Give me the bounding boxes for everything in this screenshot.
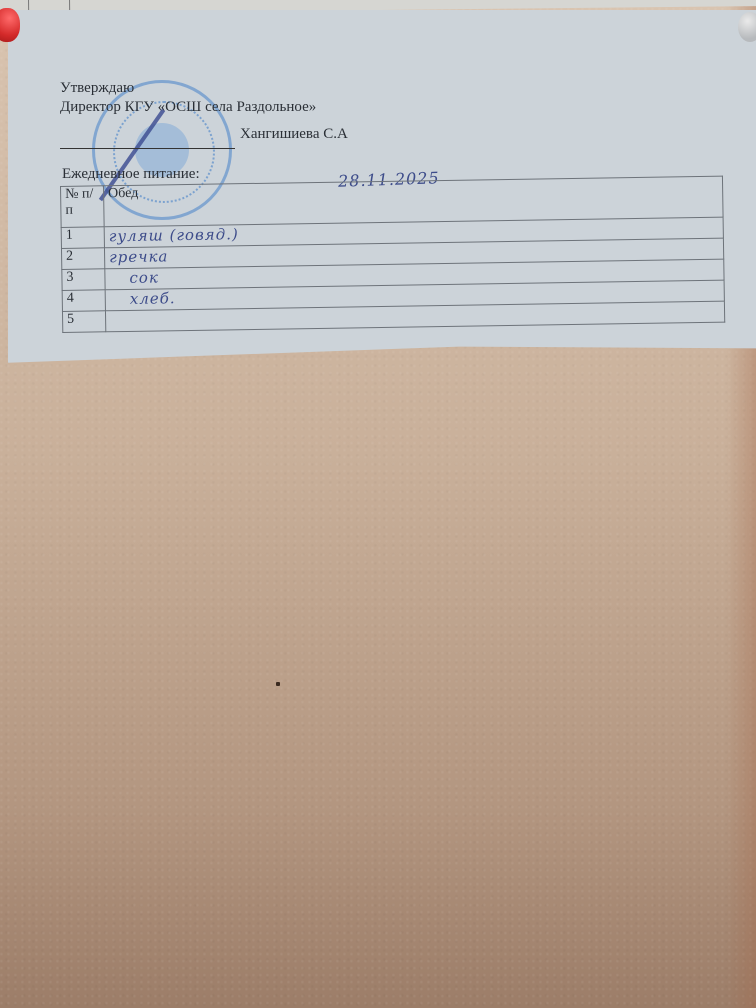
row-number: 1	[61, 227, 104, 249]
row-number: 3	[62, 269, 105, 291]
wall-speck	[276, 682, 280, 686]
dish-text: сок	[109, 268, 159, 287]
signature-line	[60, 148, 235, 149]
dish-text: гречка	[109, 247, 169, 266]
row-number: 2	[61, 248, 104, 270]
director-line: Директор КГУ «ОСШ села Раздольное»	[60, 99, 316, 116]
header-number: № п/п	[61, 186, 105, 228]
row-number: 5	[62, 311, 105, 333]
dish-text: гуляш (говяд.)	[109, 225, 239, 245]
menu-title: Ежедневное питание:	[62, 166, 200, 183]
dish-text: хлеб.	[110, 289, 176, 308]
gray-pushpin-icon	[738, 12, 756, 42]
menu-table: № п/п Обед 1 гуляш (говяд.) 2 гречка 3 с…	[60, 176, 725, 333]
approval-label: Утверждаю	[60, 80, 134, 97]
red-pushpin-icon	[0, 8, 20, 42]
director-name: Хангишиева С.А	[240, 126, 348, 143]
row-number: 4	[62, 290, 105, 312]
